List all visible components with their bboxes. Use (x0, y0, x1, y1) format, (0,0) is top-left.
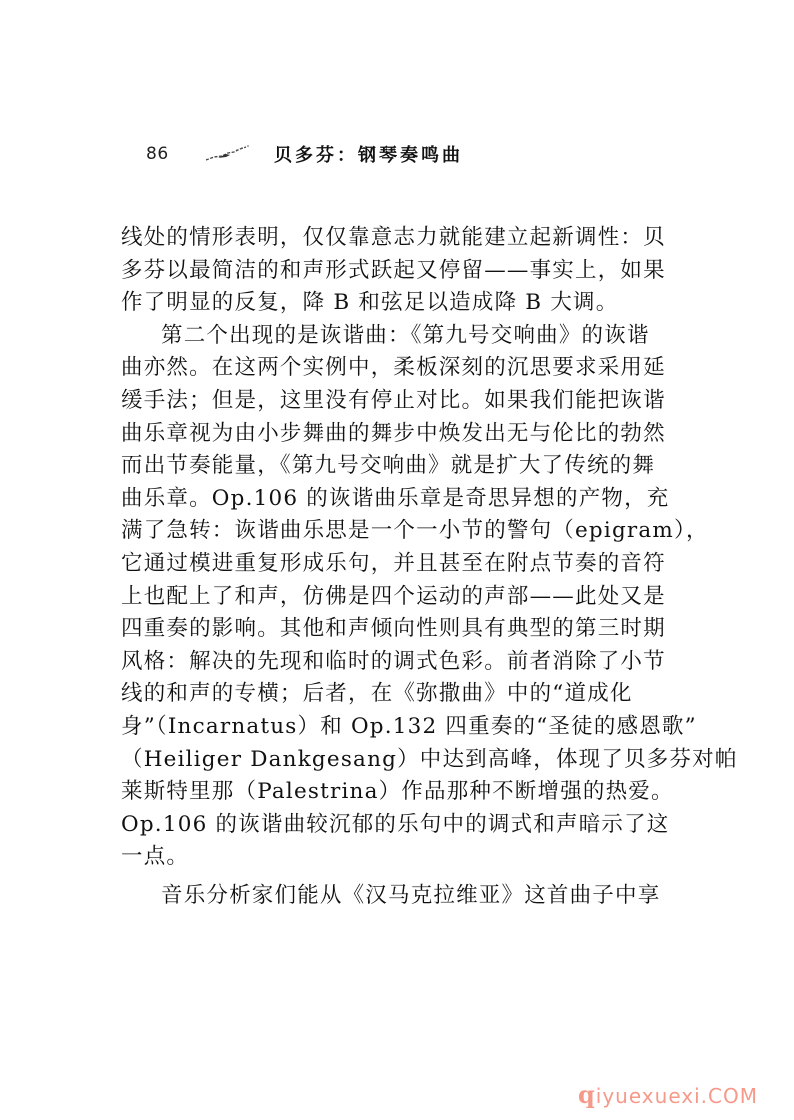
book-title: 贝多芬：钢琴奏鸣曲 (274, 141, 463, 167)
page-number: 86 (146, 144, 204, 164)
paragraph-start-line: 音乐分析家们能从《汉马克拉维亚》这首曲子中享 (121, 880, 676, 913)
site-watermark: qiyuexuexi.COM (578, 1080, 758, 1109)
watermark-text: iyuexuexi.COM (596, 1084, 758, 1108)
text-line: 满了急转：诙谐曲乐思是一个一小节的警句（epigram）， (121, 515, 676, 548)
paragraph-start-line: 第二个出现的是诙谐曲：《第九号交响曲》的诙谐 (121, 320, 676, 353)
text-line: 缓手法；但是，这里没有停止对比。如果我们能把诙谐 (121, 385, 676, 418)
running-header: 86 贝多芬：钢琴奏鸣曲 (146, 141, 463, 167)
text-line: 曲乐章。Op.106 的诙谐曲乐章是奇思异想的产物，充 (121, 483, 676, 516)
text-line: 而出节奏能量，《第九号交响曲》就是扩大了传统的舞 (121, 450, 676, 483)
quill-flourish-icon (204, 144, 252, 164)
text-line: 曲亦然。在这两个实例中，柔板深刻的沉思要求采用延 (121, 352, 676, 385)
text-line: 一点。 (121, 841, 676, 874)
text-line: 它通过模进重复形成乐句，并且甚至在附点节奏的音符 (121, 548, 676, 581)
text-line: 身”（Incarnatus）和 Op.132 四重奏的“圣徒的感恩歌” (121, 711, 676, 744)
text-line: Op.106 的诙谐曲较沉郁的乐句中的调式和声暗示了这 (121, 809, 676, 842)
text-line: 多芬以最简洁的和声形式跃起又停留——事实上，如果 (121, 255, 676, 288)
watermark-q-logo: q (578, 1080, 596, 1109)
text-line: 风格：解决的先现和临时的调式色彩。前者消除了小节 (121, 646, 676, 679)
text-line: 曲乐章视为由小步舞曲的舞步中焕发出无与伦比的勃然 (121, 418, 676, 451)
text-line: 线处的情形表明，仅仅靠意志力就能建立起新调性：贝 (121, 222, 676, 255)
text-line: （Heiliger Dankgesang）中达到高峰，体现了贝多芬对帕 (121, 744, 676, 777)
text-line: 莱斯特里那（Palestrina）作品那种不断增强的热爱。 (121, 776, 676, 809)
text-line: 上也配上了和声，仿佛是四个运动的声部——此处又是 (121, 581, 676, 614)
text-line: 作了明显的反复，降 B 和弦足以造成降 B 大调。 (121, 287, 676, 320)
text-line: 四重奏的影响。其他和声倾向性则具有典型的第三时期 (121, 613, 676, 646)
text-line: 线的和声的专横；后者，在《弥撒曲》中的“道成化 (121, 678, 676, 711)
body-text: 线处的情形表明，仅仅靠意志力就能建立起新调性：贝 多芬以最简洁的和声形式跃起又停… (121, 222, 676, 912)
